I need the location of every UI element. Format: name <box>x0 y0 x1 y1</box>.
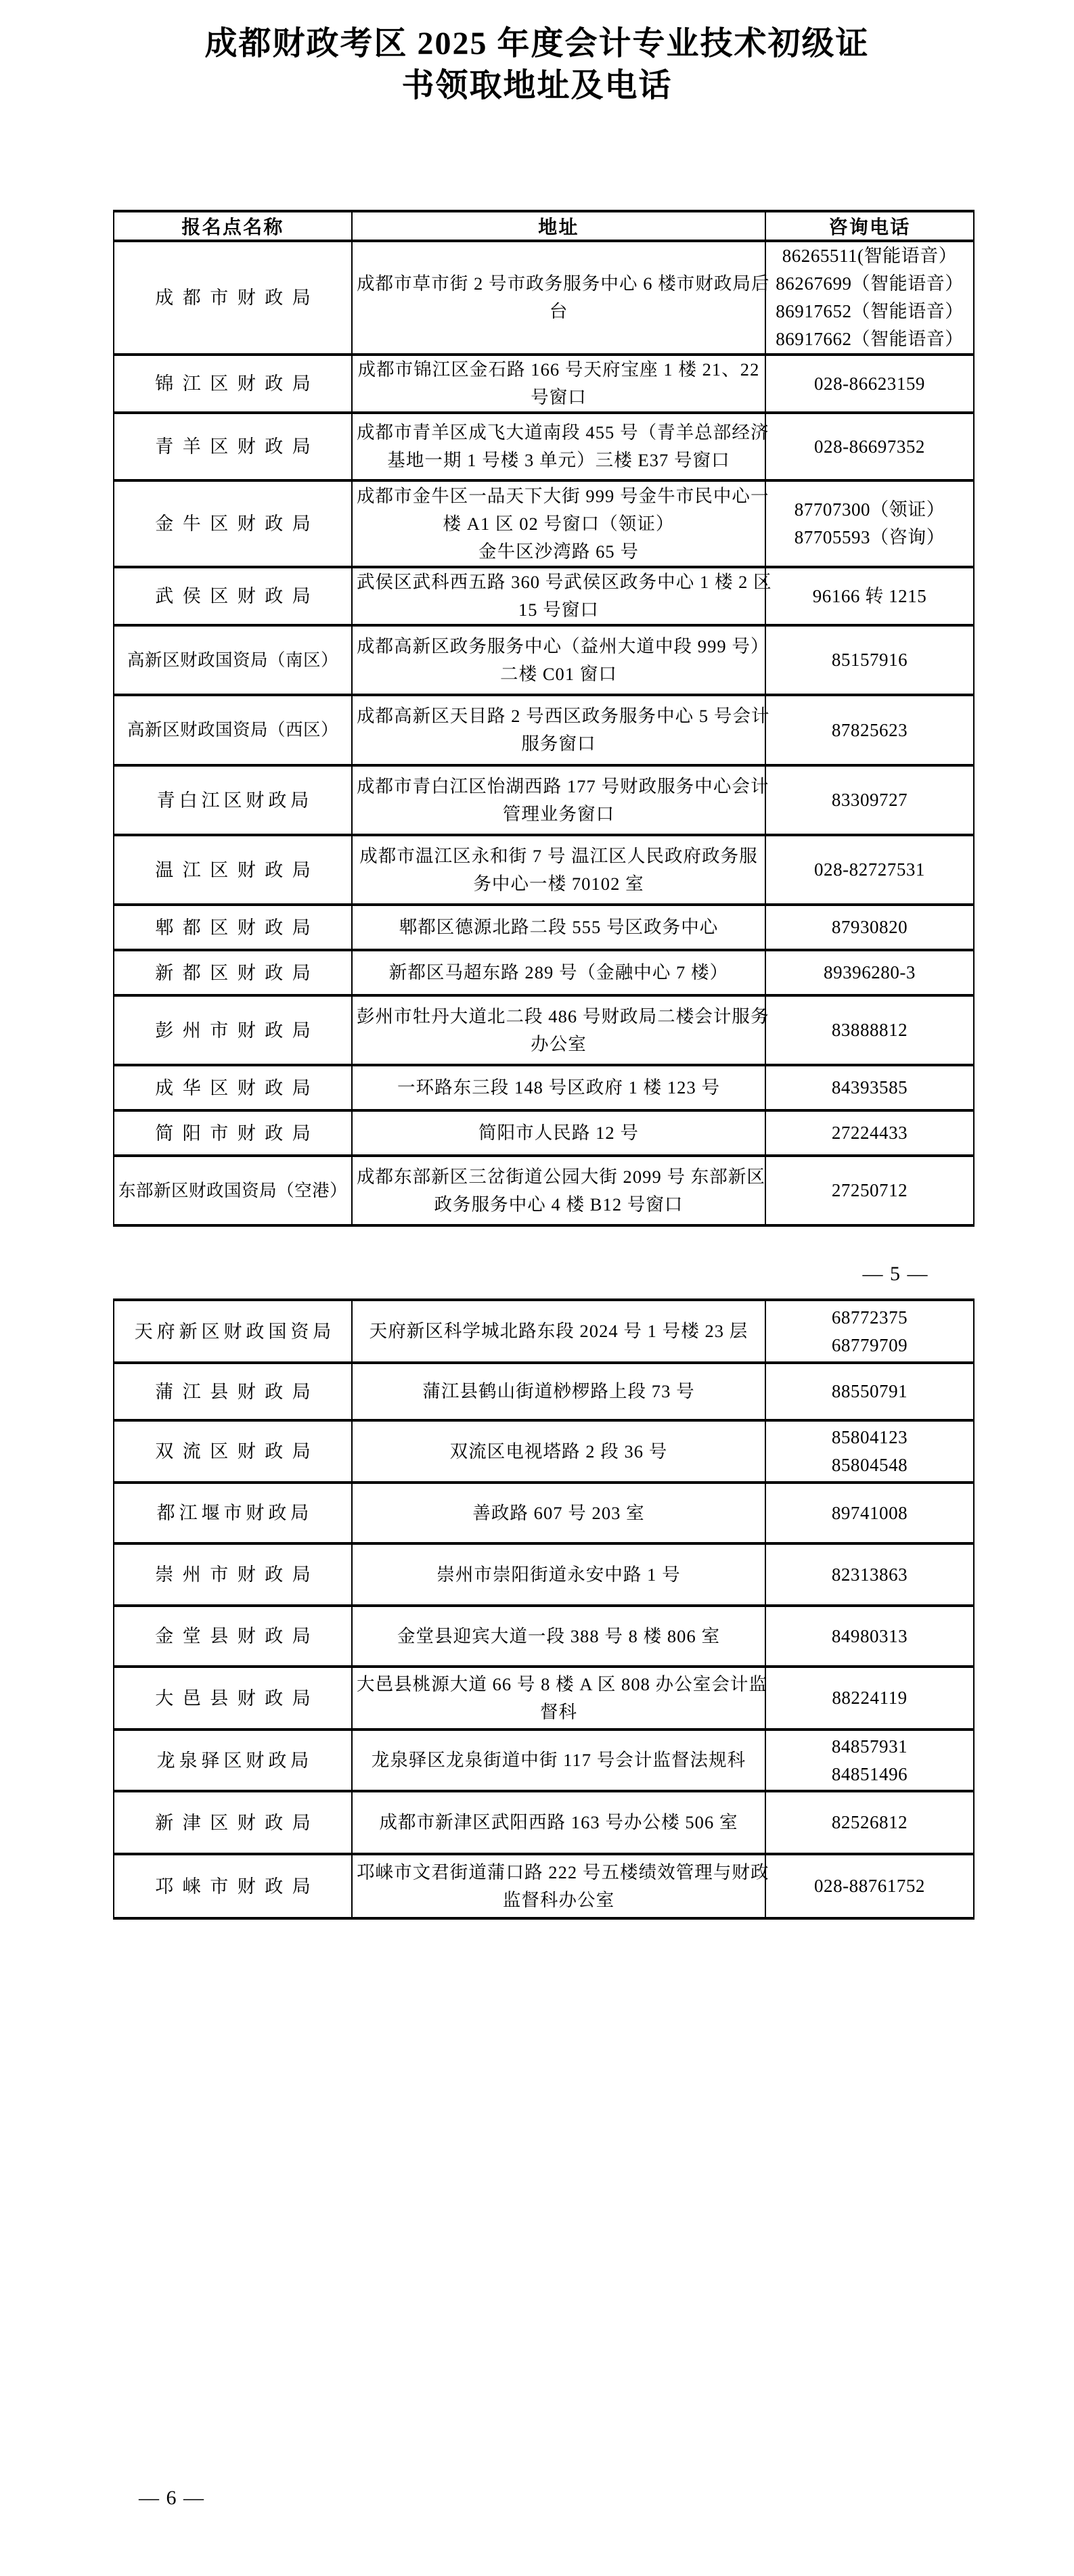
registration-point-name: 青羊区财政局 <box>114 413 352 480</box>
address-cell: 一环路东三段 148 号区政府 1 楼 123 号 <box>352 1065 765 1110</box>
registration-point-name: 简阳市财政局 <box>114 1110 352 1156</box>
address-cell: 双流区电视塔路 2 段 36 号 <box>352 1420 765 1483</box>
registration-point-name: 武侯区财政局 <box>114 567 352 625</box>
registration-point-name: 高新区财政国资局（西区） <box>114 695 352 765</box>
registration-point-name: 成都市财政局 <box>114 241 352 355</box>
address-cell: 龙泉驿区龙泉街道中街 117 号会计监督法规科 <box>352 1730 765 1791</box>
certificate-pickup-table-page6: 天府新区财政国资局天府新区科学城北路东段 2024 号 1 号楼 23 层687… <box>113 1298 975 1920</box>
address-cell: 成都市温江区永和街 7 号 温江区人民政府政务服务中心一楼 70102 室 <box>352 835 765 905</box>
phone-cell: 87707300（领证）87705593（咨询） <box>765 480 974 567</box>
phone-cell: 87930820 <box>765 905 974 950</box>
table-row: 成都市财政局成都市草市街 2 号市政务服务中心 6 楼市财政局后台8626551… <box>114 241 974 355</box>
page-title-line2: 书领取地址及电话 <box>401 68 672 104</box>
registration-point-name: 金牛区财政局 <box>114 480 352 567</box>
table-row: 温江区财政局成都市温江区永和街 7 号 温江区人民政府政务服务中心一楼 7010… <box>114 835 974 905</box>
phone-cell: 028-86697352 <box>765 413 974 480</box>
address-cell: 成都市锦江区金石路 166 号天府宝座 1 楼 21、22号窗口 <box>352 355 765 413</box>
phone-cell: 88224119 <box>765 1667 974 1730</box>
table-row: 金牛区财政局成都市金牛区一品天下大街 999 号金牛市民中心一楼 A1 区 02… <box>114 480 974 567</box>
registration-point-name: 东部新区财政国资局（空港） <box>114 1156 352 1225</box>
table-row: 青羊区财政局成都市青羊区成飞大道南段 455 号（青羊总部经济基地一期 1 号楼… <box>114 413 974 480</box>
page-title: 成都财政考区 2025 年度会计专业技术初级证 书领取地址及电话 <box>0 0 1074 107</box>
registration-point-name: 温江区财政局 <box>114 835 352 905</box>
table-row: 高新区财政国资局（南区）成都高新区政务服务中心（益州大道中段 999 号）二楼 … <box>114 625 974 695</box>
table-row: 邛崃市财政局邛崃市文君街道蒲口路 222 号五楼绩效管理与财政监督科办公室028… <box>114 1854 974 1918</box>
address-cell: 崇州市崇阳街道永安中路 1 号 <box>352 1543 765 1606</box>
registration-point-name: 蒲江县财政局 <box>114 1363 352 1420</box>
phone-cell: 82313863 <box>765 1543 974 1606</box>
phone-cell: 88550791 <box>765 1363 974 1420</box>
phone-cell: 84980313 <box>765 1606 974 1667</box>
phone-cell: 86265511(智能语音）86267699（智能语音）86917652（智能语… <box>765 241 974 355</box>
address-cell: 成都市草市街 2 号市政务服务中心 6 楼市财政局后台 <box>352 241 765 355</box>
phone-cell: 83888812 <box>765 995 974 1065</box>
table-row: 金堂县财政局金堂县迎宾大道一段 388 号 8 楼 806 室84980313 <box>114 1606 974 1667</box>
table-row: 彭州市财政局彭州市牡丹大道北二段 486 号财政局二楼会计服务办公室838888… <box>114 995 974 1065</box>
phone-cell: 028-82727531 <box>765 835 974 905</box>
address-cell: 成都市青白江区怡湖西路 177 号财政服务中心会计管理业务窗口 <box>352 765 765 835</box>
column-header-address: 地址 <box>352 211 765 241</box>
address-cell: 成都东部新区三岔街道公园大街 2099 号 东部新区政务服务中心 4 楼 B12… <box>352 1156 765 1225</box>
registration-point-name: 金堂县财政局 <box>114 1606 352 1667</box>
table-row: 都江堰市财政局善政路 607 号 203 室89741008 <box>114 1483 974 1543</box>
table-row: 双流区财政局双流区电视塔路 2 段 36 号8580412385804548 <box>114 1420 974 1483</box>
registration-point-name: 新津区财政局 <box>114 1791 352 1854</box>
table-row: 天府新区财政国资局天府新区科学城北路东段 2024 号 1 号楼 23 层687… <box>114 1300 974 1363</box>
phone-cell: 84393585 <box>765 1065 974 1110</box>
address-cell: 成都市青羊区成飞大道南段 455 号（青羊总部经济基地一期 1 号楼 3 单元）… <box>352 413 765 480</box>
registration-point-name: 彭州市财政局 <box>114 995 352 1065</box>
table-row: 郫都区财政局郫都区德源北路二段 555 号区政务中心87930820 <box>114 905 974 950</box>
phone-cell: 82526812 <box>765 1791 974 1854</box>
address-cell: 天府新区科学城北路东段 2024 号 1 号楼 23 层 <box>352 1300 765 1363</box>
document-page: 成都财政考区 2025 年度会计专业技术初级证 书领取地址及电话 报名点名称 地… <box>0 0 1074 2576</box>
registration-point-name: 邛崃市财政局 <box>114 1854 352 1918</box>
registration-point-name: 青白江区财政局 <box>114 765 352 835</box>
table-row: 青白江区财政局成都市青白江区怡湖西路 177 号财政服务中心会计管理业务窗口83… <box>114 765 974 835</box>
address-cell: 简阳市人民路 12 号 <box>352 1110 765 1156</box>
phone-cell: 27224433 <box>765 1110 974 1156</box>
address-cell: 蒲江县鹤山街道桫椤路上段 73 号 <box>352 1363 765 1420</box>
table-row: 新津区财政局成都市新津区武阳西路 163 号办公楼 506 室82526812 <box>114 1791 974 1854</box>
registration-point-name: 新都区财政局 <box>114 950 352 995</box>
table-header-row: 报名点名称 地址 咨询电话 <box>114 211 974 241</box>
address-cell: 邛崃市文君街道蒲口路 222 号五楼绩效管理与财政监督科办公室 <box>352 1854 765 1918</box>
certificate-pickup-table-page5: 报名点名称 地址 咨询电话 成都市财政局成都市草市街 2 号市政务服务中心 6 … <box>113 210 975 1227</box>
address-cell: 武侯区武科西五路 360 号武侯区政务中心 1 楼 2 区15 号窗口 <box>352 567 765 625</box>
address-cell: 成都高新区天目路 2 号西区政务服务中心 5 号会计服务窗口 <box>352 695 765 765</box>
registration-point-name: 双流区财政局 <box>114 1420 352 1483</box>
table-row: 大邑县财政局大邑县桃源大道 66 号 8 楼 A 区 808 办公室会计监督科8… <box>114 1667 974 1730</box>
phone-cell: 6877237568779709 <box>765 1300 974 1363</box>
address-cell: 金堂县迎宾大道一段 388 号 8 楼 806 室 <box>352 1606 765 1667</box>
address-cell: 成都市金牛区一品天下大街 999 号金牛市民中心一楼 A1 区 02 号窗口（领… <box>352 480 765 567</box>
phone-cell: 8580412385804548 <box>765 1420 974 1483</box>
phone-cell: 89396280-3 <box>765 950 974 995</box>
phone-cell: 85157916 <box>765 625 974 695</box>
registration-point-name: 大邑县财政局 <box>114 1667 352 1730</box>
table-row: 东部新区财政国资局（空港）成都东部新区三岔街道公园大街 2099 号 东部新区政… <box>114 1156 974 1225</box>
phone-cell: 028-88761752 <box>765 1854 974 1918</box>
address-cell: 郫都区德源北路二段 555 号区政务中心 <box>352 905 765 950</box>
registration-point-name: 天府新区财政国资局 <box>114 1300 352 1363</box>
table-row: 新都区财政局新都区马超东路 289 号（金融中心 7 楼）89396280-3 <box>114 950 974 995</box>
registration-point-name: 高新区财政国资局（南区） <box>114 625 352 695</box>
table-row: 龙泉驿区财政局龙泉驿区龙泉街道中街 117 号会计监督法规科8485793184… <box>114 1730 974 1791</box>
phone-cell: 028-86623159 <box>765 355 974 413</box>
phone-cell: 83309727 <box>765 765 974 835</box>
table-row: 简阳市财政局简阳市人民路 12 号27224433 <box>114 1110 974 1156</box>
table-row: 成华区财政局一环路东三段 148 号区政府 1 楼 123 号84393585 <box>114 1065 974 1110</box>
registration-point-name: 崇州市财政局 <box>114 1543 352 1606</box>
registration-point-name: 龙泉驿区财政局 <box>114 1730 352 1791</box>
phone-cell: 8485793184851496 <box>765 1730 974 1791</box>
page-title-line1: 成都财政考区 2025 年度会计专业技术初级证 <box>204 26 869 62</box>
address-cell: 成都高新区政务服务中心（益州大道中段 999 号）二楼 C01 窗口 <box>352 625 765 695</box>
table-row: 崇州市财政局崇州市崇阳街道永安中路 1 号82313863 <box>114 1543 974 1606</box>
address-cell: 善政路 607 号 203 室 <box>352 1483 765 1543</box>
column-header-phone: 咨询电话 <box>765 211 974 241</box>
column-header-registration-point: 报名点名称 <box>114 211 352 241</box>
registration-point-name: 锦江区财政局 <box>114 355 352 413</box>
address-cell: 大邑县桃源大道 66 号 8 楼 A 区 808 办公室会计监督科 <box>352 1667 765 1730</box>
phone-cell: 87825623 <box>765 695 974 765</box>
address-cell: 成都市新津区武阳西路 163 号办公楼 506 室 <box>352 1791 765 1854</box>
table-row: 锦江区财政局成都市锦江区金石路 166 号天府宝座 1 楼 21、22号窗口02… <box>114 355 974 413</box>
table-row: 蒲江县财政局蒲江县鹤山街道桫椤路上段 73 号88550791 <box>114 1363 974 1420</box>
table-row: 高新区财政国资局（西区）成都高新区天目路 2 号西区政务服务中心 5 号会计服务… <box>114 695 974 765</box>
address-cell: 彭州市牡丹大道北二段 486 号财政局二楼会计服务办公室 <box>352 995 765 1065</box>
phone-cell: 96166 转 1215 <box>765 567 974 625</box>
phone-cell: 89741008 <box>765 1483 974 1543</box>
phone-cell: 27250712 <box>765 1156 974 1225</box>
registration-point-name: 郫都区财政局 <box>114 905 352 950</box>
registration-point-name: 成华区财政局 <box>114 1065 352 1110</box>
page-number-6: — 6 — <box>0 2485 1074 2512</box>
page-number-5: — 5 — <box>0 1261 1074 1288</box>
registration-point-name: 都江堰市财政局 <box>114 1483 352 1543</box>
address-cell: 新都区马超东路 289 号（金融中心 7 楼） <box>352 950 765 995</box>
table-row: 武侯区财政局武侯区武科西五路 360 号武侯区政务中心 1 楼 2 区15 号窗… <box>114 567 974 625</box>
